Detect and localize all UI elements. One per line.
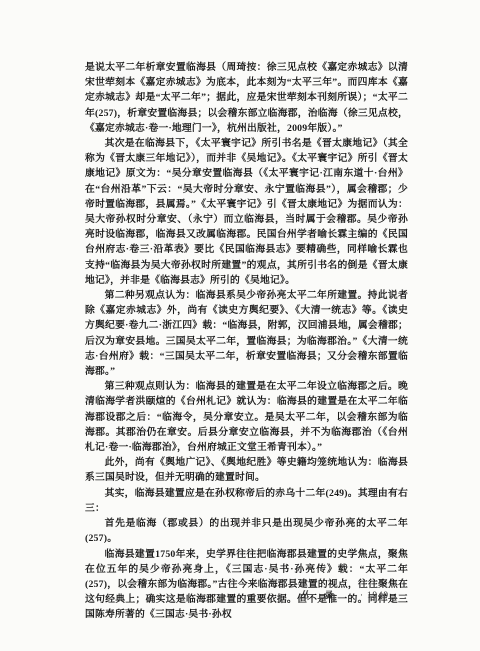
paragraph: 第三种观点则认为：临海县的建置是在太平二年设立临海郡之后。晚清临海学者洪颐煊的《… <box>85 379 408 455</box>
page-footer: 丛 录·1949· <box>85 588 400 601</box>
paragraph: 其实，临海县建置应是在孙权称帝后的赤乌十二年(249)。其理由有右三： <box>85 486 408 516</box>
footer-separator-left: · <box>360 590 363 600</box>
page-number: 1949 <box>367 590 389 600</box>
footer-separator-right: · <box>393 590 396 600</box>
journal-label: 丛 录 <box>300 590 338 600</box>
paragraph: 临海县建置1750年来，史学界往往把临海郡县建置的史学焦点，聚焦在位五年的吴少帝… <box>85 547 408 623</box>
body-text: 是说太平二年析章安置临海县（周琦按：徐三见点校《嘉定赤城志》以清宋世荦刻本《嘉定… <box>85 60 408 623</box>
paragraph: 首先是临海（郡或县）的出现并非只是出现吴少帝孙亮的太平二年(257)。 <box>85 516 408 546</box>
paragraph: 是说太平二年析章安置临海县（周琦按：徐三见点校《嘉定赤城志》以清宋世荦刻本《嘉定… <box>85 60 408 136</box>
paragraph: 其次是在临海县下，《太平寰宇记》所引书名是《晋太康地记》（其全称为《晋太康三年地… <box>85 136 408 288</box>
paragraph: 第二种另观点认为：临海县系吴少帝孙亮太平二年所建置。持此说者除《嘉定赤城志》外，… <box>85 288 408 379</box>
paragraph: 此外，尚有《舆地广记》、《舆地纪胜》等史籍均笼统地认为：临海县系三国吴时设，但并… <box>85 455 408 485</box>
document-page: 是说太平二年析章安置临海县（周琦按：徐三见点校《嘉定赤城志》以清宋世荦刻本《嘉定… <box>0 0 480 651</box>
